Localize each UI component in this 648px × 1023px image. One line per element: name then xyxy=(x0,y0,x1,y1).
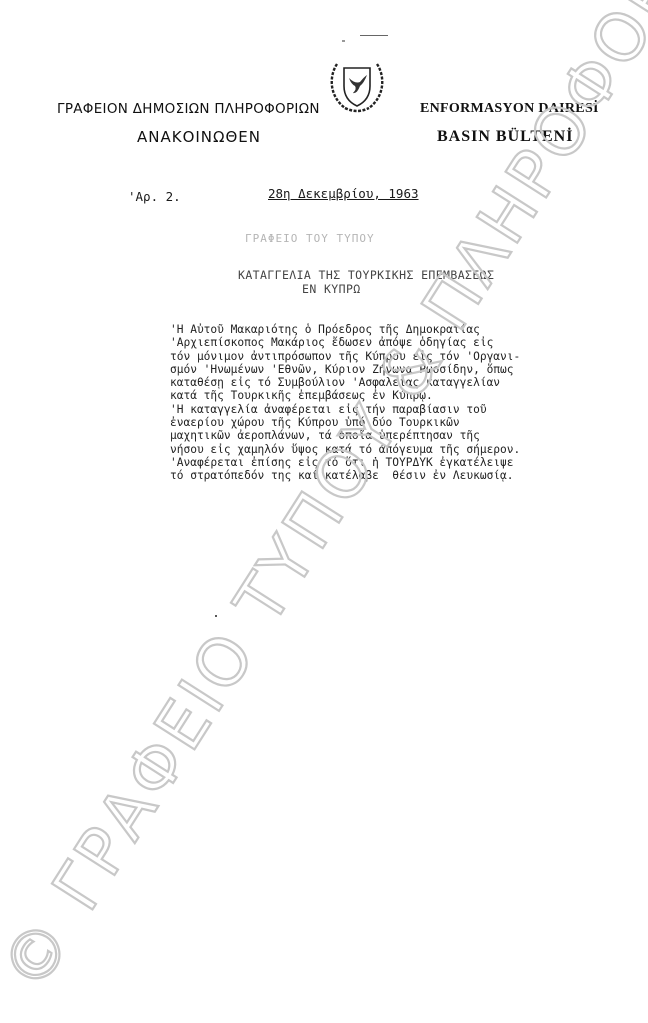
header-rule xyxy=(360,35,388,36)
body-line: 'Η Αὐτοῦ Μακαριότης ὁ Πρόεδρος τῆς Δημοκ… xyxy=(170,323,520,336)
bulletin-label-turkish: BASIN BÜLTENİ xyxy=(437,128,573,146)
header-mark xyxy=(342,40,345,42)
copyright-watermark: © ΓΡΑΦΕΙΟ ΤΥΠΟΥ & ΠΛΗΡΟΦΟΡΙΩΝ - PIO xyxy=(0,0,648,1023)
office-title-turkish: ENFORMASYON DAIRESİ xyxy=(420,101,599,117)
body-line: 'Αρχιεπίσκοπος Μακάριος ἔδωσεν ἀπόψε ὁδη… xyxy=(170,336,520,349)
document-body: 'Η Αὐτοῦ Μακαριότης ὁ Πρόεδρος τῆς Δημοκ… xyxy=(170,323,520,483)
document-title-line-2: ΕΝ ΚΥΠΡΩ xyxy=(302,282,361,296)
document-title-line-1: ΚΑΤΑΓΓΕΛΙΑ ΤΗΣ ΤΟΥΡΚΙΚΗΣ ΕΠΕΜΒΑΣΕΩΣ xyxy=(238,268,494,282)
body-line: νήσου εἰς χαμηλόν ὕψος κατά τό ἀπόγευμα … xyxy=(170,443,520,456)
body-line: μαχητικῶν ἀεροπλάνων, τά ὁποῖα ὑπερέπτησ… xyxy=(170,429,520,442)
body-line: κατά τῆς Τουρκικῆς ἐπεμβάσεως ἐν Κύπρῳ. xyxy=(170,389,520,402)
body-line: 'Η καταγγελία ἀναφέρεται εἰς τήν παραβία… xyxy=(170,403,520,416)
body-line: σμόν 'Ηνωμένων 'Εθνῶν, Κύριον Ζήνωνα Ρωσ… xyxy=(170,363,520,376)
body-line: τόν μόνιμον ἀντιπρόσωπον τῆς Κύπρου εἰς … xyxy=(170,350,520,363)
reference-number: 'Αρ. 2. xyxy=(128,189,181,204)
press-release-page: ΓΡΑΦΕΙΟΝ ΔΗΜΟΣΙΩΝ ΠΛΗΡΟΦΟΡΙΩΝ ΑΝΑΚΟΙΝΩΘΕ… xyxy=(0,0,648,1023)
body-line: ἐναερίου χώρου τῆς Κύπρου ὑπό δύο Τουρκι… xyxy=(170,416,520,429)
body-line: καταθέσῃ εἰς τό Συμβούλιον 'Ασφαλείας κα… xyxy=(170,376,520,389)
ink-speck xyxy=(215,615,217,617)
faded-heading: ΓΡΑΦΕΙΟ ΤΟΥ ΤΥΠΟΥ xyxy=(245,232,375,245)
office-title-greek: ΓΡΑΦΕΙΟΝ ΔΗΜΟΣΙΩΝ ΠΛΗΡΟΦΟΡΙΩΝ xyxy=(57,101,320,117)
cyprus-coat-of-arms-icon xyxy=(327,56,387,114)
body-line: τό στρατόπεδόν της καί κατέλαβε θέσιν ἐν… xyxy=(170,469,520,482)
svg-text:© ΓΡΑΦΕΙΟ ΤΥΠΟΥ & ΠΛΗΡΟΦΟΡΙΩΝ: © ΓΡΑΦΕΙΟ ΤΥΠΟΥ & ΠΛΗΡΟΦΟΡΙΩΝ - PIO xyxy=(0,0,648,1004)
document-date: 28η Δεκεμβρίου, 1963 xyxy=(268,186,419,201)
body-line: 'Αναφέρεται ἐπίσης εἰς τό ὅτι ἡ ΤΟΥΡΔΥΚ … xyxy=(170,456,520,469)
bulletin-label-greek: ΑΝΑΚΟΙΝΩΘΕΝ xyxy=(137,128,261,146)
